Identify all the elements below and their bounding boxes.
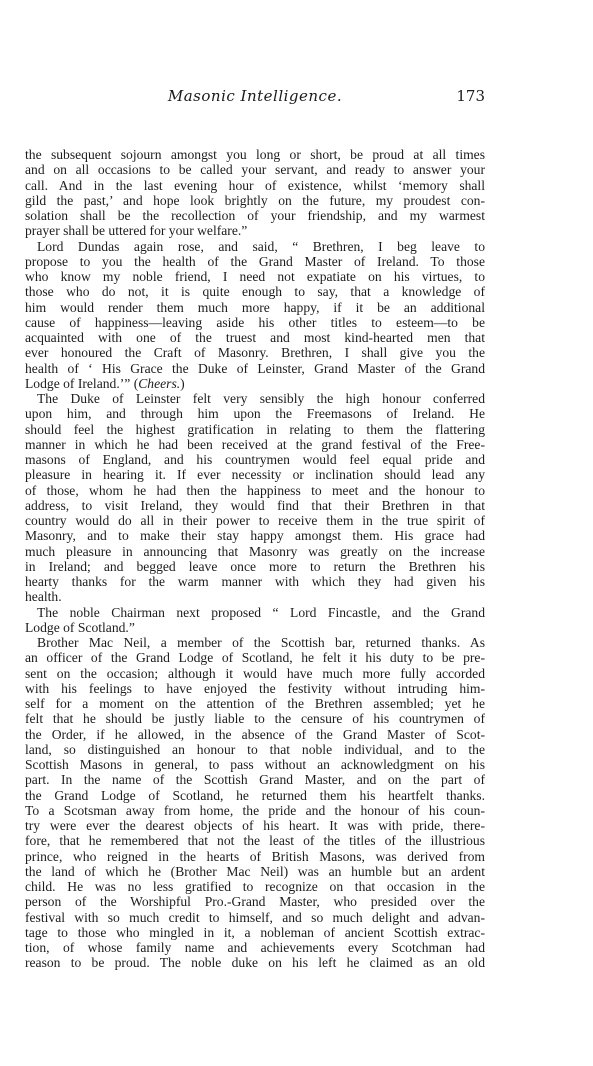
text-line: tion, of whose family name and achieveme…	[25, 940, 485, 955]
text-line: prince, who reigned in the hearts of Bri…	[25, 849, 485, 864]
text-line: an officer of the Grand Lodge of Scotlan…	[25, 650, 485, 665]
text-line: of those, whom he had then the happiness…	[25, 483, 485, 498]
text-line: the subsequent sojourn amongst you long …	[25, 147, 485, 162]
text-line: Lodge of Scotland.”	[25, 620, 485, 635]
text-line: masons of England, and his countrymen wo…	[25, 452, 485, 467]
text-line: person of the Worshipful Pro.-Grand Mast…	[25, 894, 485, 909]
text-line: Brother Mac Neil, a member of the Scotti…	[25, 635, 485, 650]
text-line: Masonry, and to make their stay happy am…	[25, 528, 485, 543]
text-line: fore, that he remembered that not the le…	[25, 833, 485, 848]
text-line: ever honoured the Craft of Masonry. Bret…	[25, 345, 485, 360]
text-line: and on all occasions to be called your s…	[25, 162, 485, 177]
cheers-annotation: Cheers.	[138, 376, 180, 391]
text-line: call. And in the last evening hour of ex…	[25, 178, 485, 193]
text-line: prayer shall be uttered for your welfare…	[25, 223, 485, 238]
text-line: cause of happiness—leaving aside his oth…	[25, 315, 485, 330]
text-line: Lodge of Ireland.’” (Cheers.)	[25, 376, 485, 391]
text-line: The Duke of Leinster felt very sensibly …	[25, 391, 485, 406]
text-line: should feel the highest gratification in…	[25, 422, 485, 437]
text-line: part. In the name of the Scottish Grand …	[25, 772, 485, 787]
text-line: Lord Dundas again rose, and said, “ Bret…	[25, 239, 485, 254]
text-line: hearty thanks for the warm manner with w…	[25, 574, 485, 589]
text-line: child. He was no less gratified to recog…	[25, 879, 485, 894]
text-line: To a Scotsman away from home, the pride …	[25, 803, 485, 818]
page-number: 173	[456, 87, 485, 105]
text-line: him would render them much more happy, i…	[25, 300, 485, 315]
text-line: the Order, if he allowed, in the absence…	[25, 727, 485, 742]
text-line: festival with so much credit to himself,…	[25, 910, 485, 925]
text-line: felt that he should be justly liable to …	[25, 711, 485, 726]
text-line: The noble Chairman next proposed “ Lord …	[25, 605, 485, 620]
text-line: land, so distinguished an honour to that…	[25, 742, 485, 757]
text-line: manner in which he had been received at …	[25, 437, 485, 452]
text-line: the land of which he (Brother Mac Neil) …	[25, 864, 485, 879]
text-line: solation shall be the recollection of yo…	[25, 208, 485, 223]
text-line: tage to those who mingled in it, a noble…	[25, 925, 485, 940]
text-line: reason to be proud. The noble duke on hi…	[25, 955, 485, 970]
text-line: who know my noble friend, I need not exp…	[25, 269, 485, 284]
document-page: Masonic Intelligence. 173 the subsequent…	[0, 0, 593, 1066]
running-head: Masonic Intelligence. 173	[25, 87, 485, 109]
text-line: health of ‘ His Grace the Duke of Leinst…	[25, 361, 485, 376]
text-line: with his feelings to have enjoyed the fe…	[25, 681, 485, 696]
running-title: Masonic Intelligence.	[25, 87, 485, 105]
text-line: address, to visit Ireland, they would fi…	[25, 498, 485, 513]
text-line: much pleasure in announcing that Masonry…	[25, 544, 485, 559]
text-line: sent on the occasion; although it would …	[25, 666, 485, 681]
text-line: country would do all in their power to r…	[25, 513, 485, 528]
text-line: in Ireland; and begged leave once more t…	[25, 559, 485, 574]
text-line: acquainted with one of the truest and mo…	[25, 330, 485, 345]
text-line: the Grand Lodge of Scotland, he returned…	[25, 788, 485, 803]
text-line: upon him, and through him upon the Freem…	[25, 406, 485, 421]
text-line: those who do not, it is quite enough to …	[25, 284, 485, 299]
text-line: pleasure in hearing it. If ever necessit…	[25, 467, 485, 482]
text-line: try were ever the dearest objects of his…	[25, 818, 485, 833]
text-line: self for a moment on the attention of th…	[25, 696, 485, 711]
text-line: Scottish Masons in general, to pass with…	[25, 757, 485, 772]
text-line: health.	[25, 589, 485, 604]
body-text: the subsequent sojourn amongst you long …	[25, 147, 485, 971]
text-line: gild the past,’ and hope look brightly o…	[25, 193, 485, 208]
text-line: propose to you the health of the Grand M…	[25, 254, 485, 269]
